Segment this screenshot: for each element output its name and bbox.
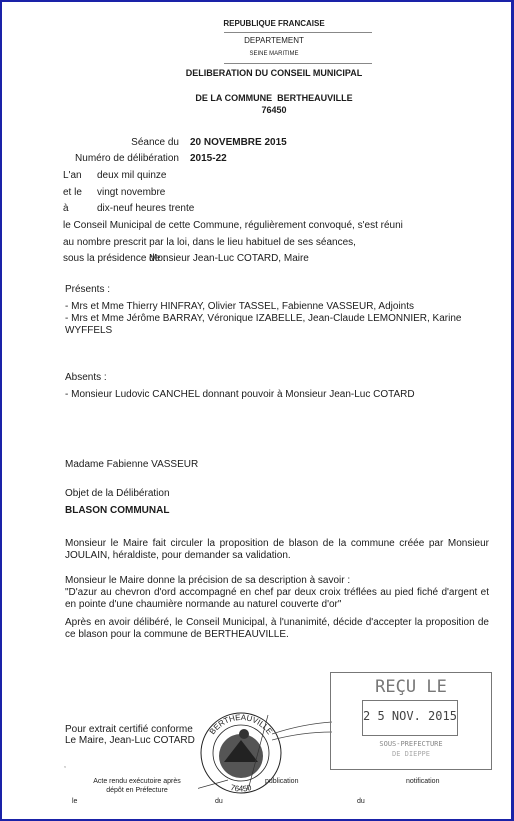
postal-code: 76450 xyxy=(152,105,396,115)
acte-line-2: dépôt en Préfecture xyxy=(82,787,192,794)
deliberation-document: REPUBLIQUE FRANCAISE DEPARTEMENT SEINE M… xyxy=(0,0,514,821)
acte-line-1: Acte rendu exécutoire après xyxy=(82,778,192,785)
signature-stroke-icon xyxy=(272,714,332,744)
department-label: DEPARTEMENT xyxy=(152,36,396,45)
body-paragraph-3: Après en avoir délibéré, le Conseil Muni… xyxy=(65,617,489,640)
document-title: DELIBERATION DU CONSEIL MUNICIPAL xyxy=(152,68,396,78)
footer-du-1: du xyxy=(215,798,223,805)
stamp-line-2: DE DIEPPE xyxy=(330,750,492,758)
etle-label: et le xyxy=(63,187,82,198)
absents-line: - Monsieur Ludovic CANCHEL donnant pouvo… xyxy=(65,389,415,400)
session-line-1: le Conseil Municipal de cette Commune, r… xyxy=(63,220,403,231)
notification-label: notification xyxy=(406,778,439,785)
a-value: dix-neuf heures trente xyxy=(97,203,194,214)
footer-mark: , xyxy=(64,762,66,769)
stamp-title: REÇU LE xyxy=(330,677,492,697)
country-heading: REPUBLIQUE FRANCAISE xyxy=(152,19,396,28)
department-name: SEINE MARITIME xyxy=(152,51,396,57)
body-paragraph-2-intro: Monsieur le Maire donne la précision de … xyxy=(65,575,350,586)
secretary-name: Madame Fabienne VASSEUR xyxy=(65,459,198,470)
a-label: à xyxy=(63,203,69,214)
presents-line: - Mrs et Mme Thierry HINFRAY, Olivier TA… xyxy=(65,301,414,312)
presidence-value: Monsieur Jean-Luc COTARD, Maire xyxy=(149,253,309,264)
signature-line-1: Pour extrait certifié conforme xyxy=(65,724,193,735)
footer-le: le xyxy=(72,798,77,805)
etle-value: vingt novembre xyxy=(97,187,165,198)
footer-du-2: du xyxy=(357,798,365,805)
stamp-date: 2 5 NOV. 2015 xyxy=(362,709,458,723)
objet-value: BLASON COMMUNAL xyxy=(65,505,169,516)
session-line-2: au nombre prescrit par la loi, dans le l… xyxy=(63,237,356,248)
body-paragraph-2-quote: "D'azur au chevron d'ord accompagné en c… xyxy=(65,587,489,610)
seance-date: 20 NOVEMBRE 2015 xyxy=(190,137,287,148)
numero-value: 2015-22 xyxy=(190,153,227,164)
header-divider xyxy=(224,32,372,33)
numero-label: Numéro de délibération xyxy=(75,153,179,164)
presents-label: Présents : xyxy=(65,284,110,295)
signature-line-2: Le Maire, Jean-Luc COTARD xyxy=(65,735,195,746)
header-divider xyxy=(224,63,372,64)
an-label: L'an xyxy=(63,170,82,181)
objet-label: Objet de la Délibération xyxy=(65,488,170,499)
absents-label: Absents : xyxy=(65,372,107,383)
seance-label: Séance du xyxy=(131,137,179,148)
publication-label: publication xyxy=(265,778,298,785)
presents-line: - Mrs et Mme Jérôme BARRAY, Véronique IZ… xyxy=(65,313,461,324)
an-value: deux mil quinze xyxy=(97,170,166,181)
presents-line: WYFFELS xyxy=(65,325,112,336)
body-paragraph-1: Monsieur le Maire fait circuler la propo… xyxy=(65,538,489,561)
stamp-line-1: SOUS-PREFECTURE xyxy=(330,740,492,748)
commune-name: DE LA COMMUNE BERTHEAUVILLE xyxy=(152,93,396,103)
